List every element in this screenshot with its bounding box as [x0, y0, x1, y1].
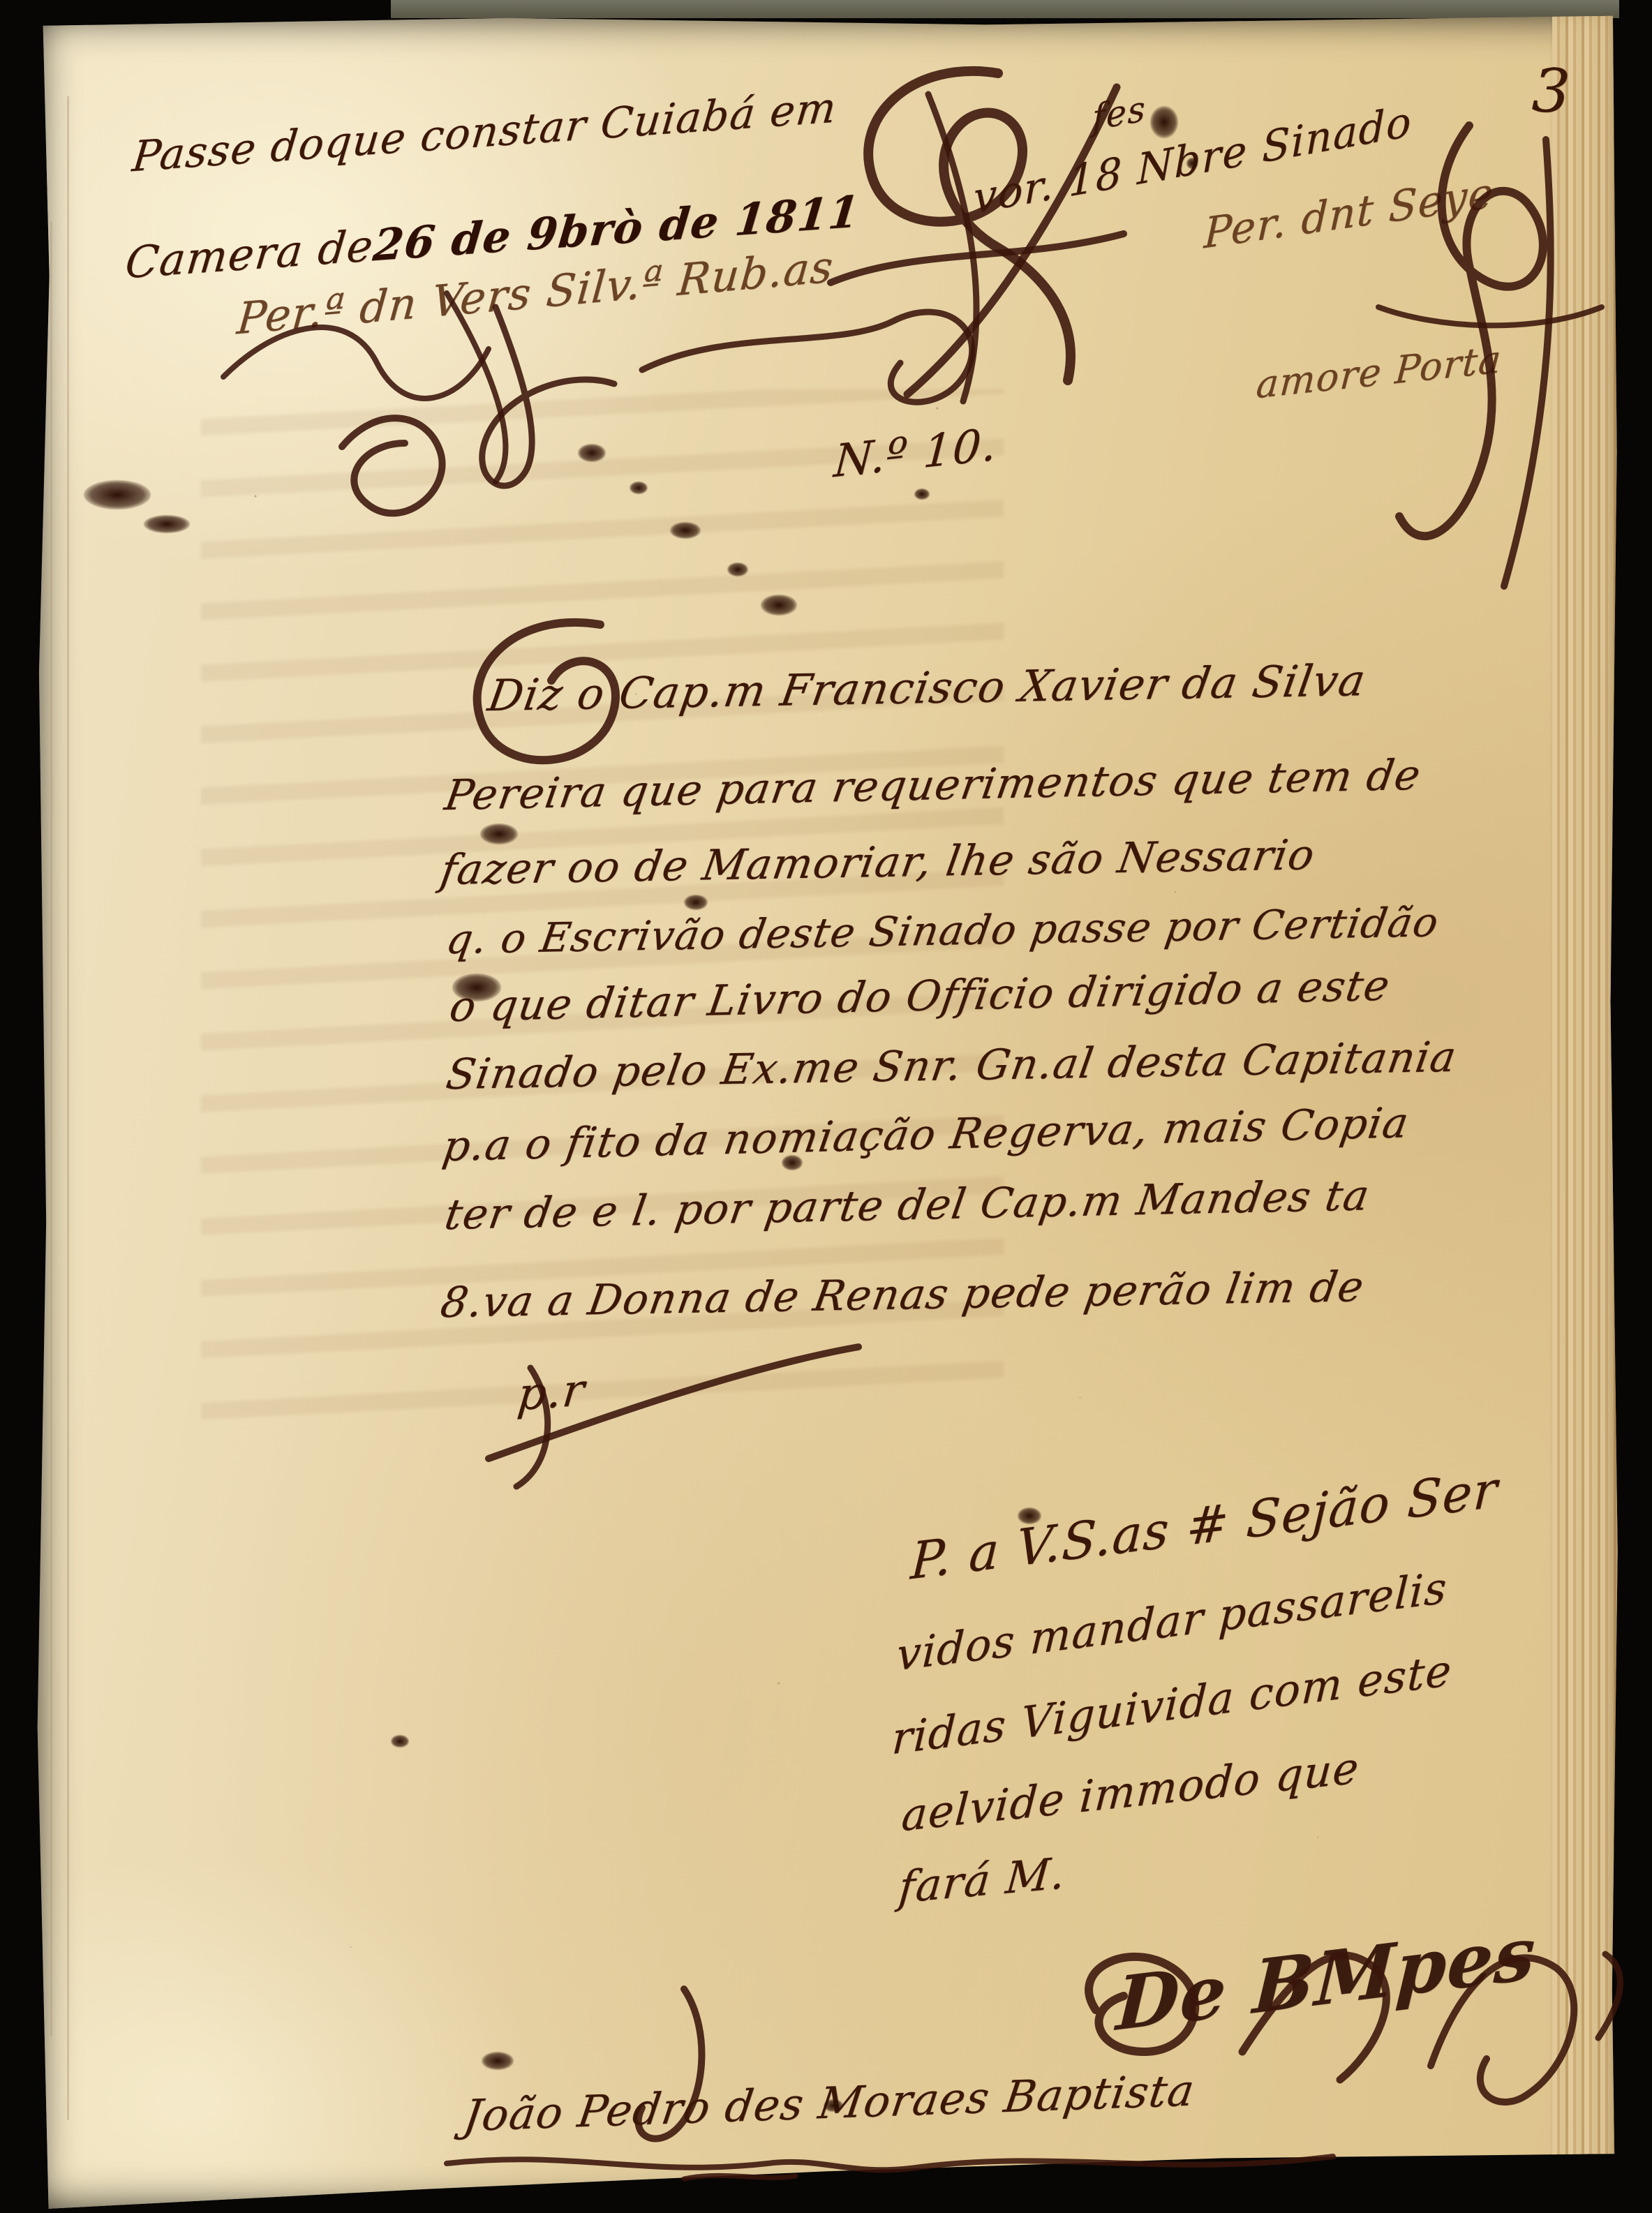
signature-underline-flourish: [433, 2136, 1354, 2191]
ink-blot: [482, 2052, 514, 2070]
ink-blot: [144, 515, 190, 533]
ink-blot: [480, 824, 518, 844]
ink-blot: [630, 482, 648, 494]
ink-blot: [1018, 1507, 1041, 1524]
left-crease: [67, 96, 69, 2120]
ink-blot: [727, 562, 748, 576]
left-edge-crease: [50, 222, 52, 2036]
ink-blot: [670, 522, 701, 539]
ink-blot: [761, 595, 797, 616]
manuscript-photo: Passe doque constar Cuiabá em Camera de …: [0, 0, 1652, 2213]
underlying-page-sliver: [391, 0, 1619, 18]
abbreviation-flourish: [447, 1326, 879, 1493]
ink-blot: [1150, 106, 1178, 138]
ink-blot: [391, 1735, 409, 1748]
ink-blot: [684, 895, 708, 910]
ink-blot: [452, 974, 501, 1001]
ink-blot: [578, 444, 606, 462]
ink-blot: [84, 480, 151, 509]
ink-blot: [782, 1155, 803, 1170]
right-signature-flourish: [1323, 98, 1616, 600]
ink-blot: [914, 489, 930, 500]
ink-blot: [824, 2099, 843, 2112]
ink-blot: [1186, 158, 1198, 169]
